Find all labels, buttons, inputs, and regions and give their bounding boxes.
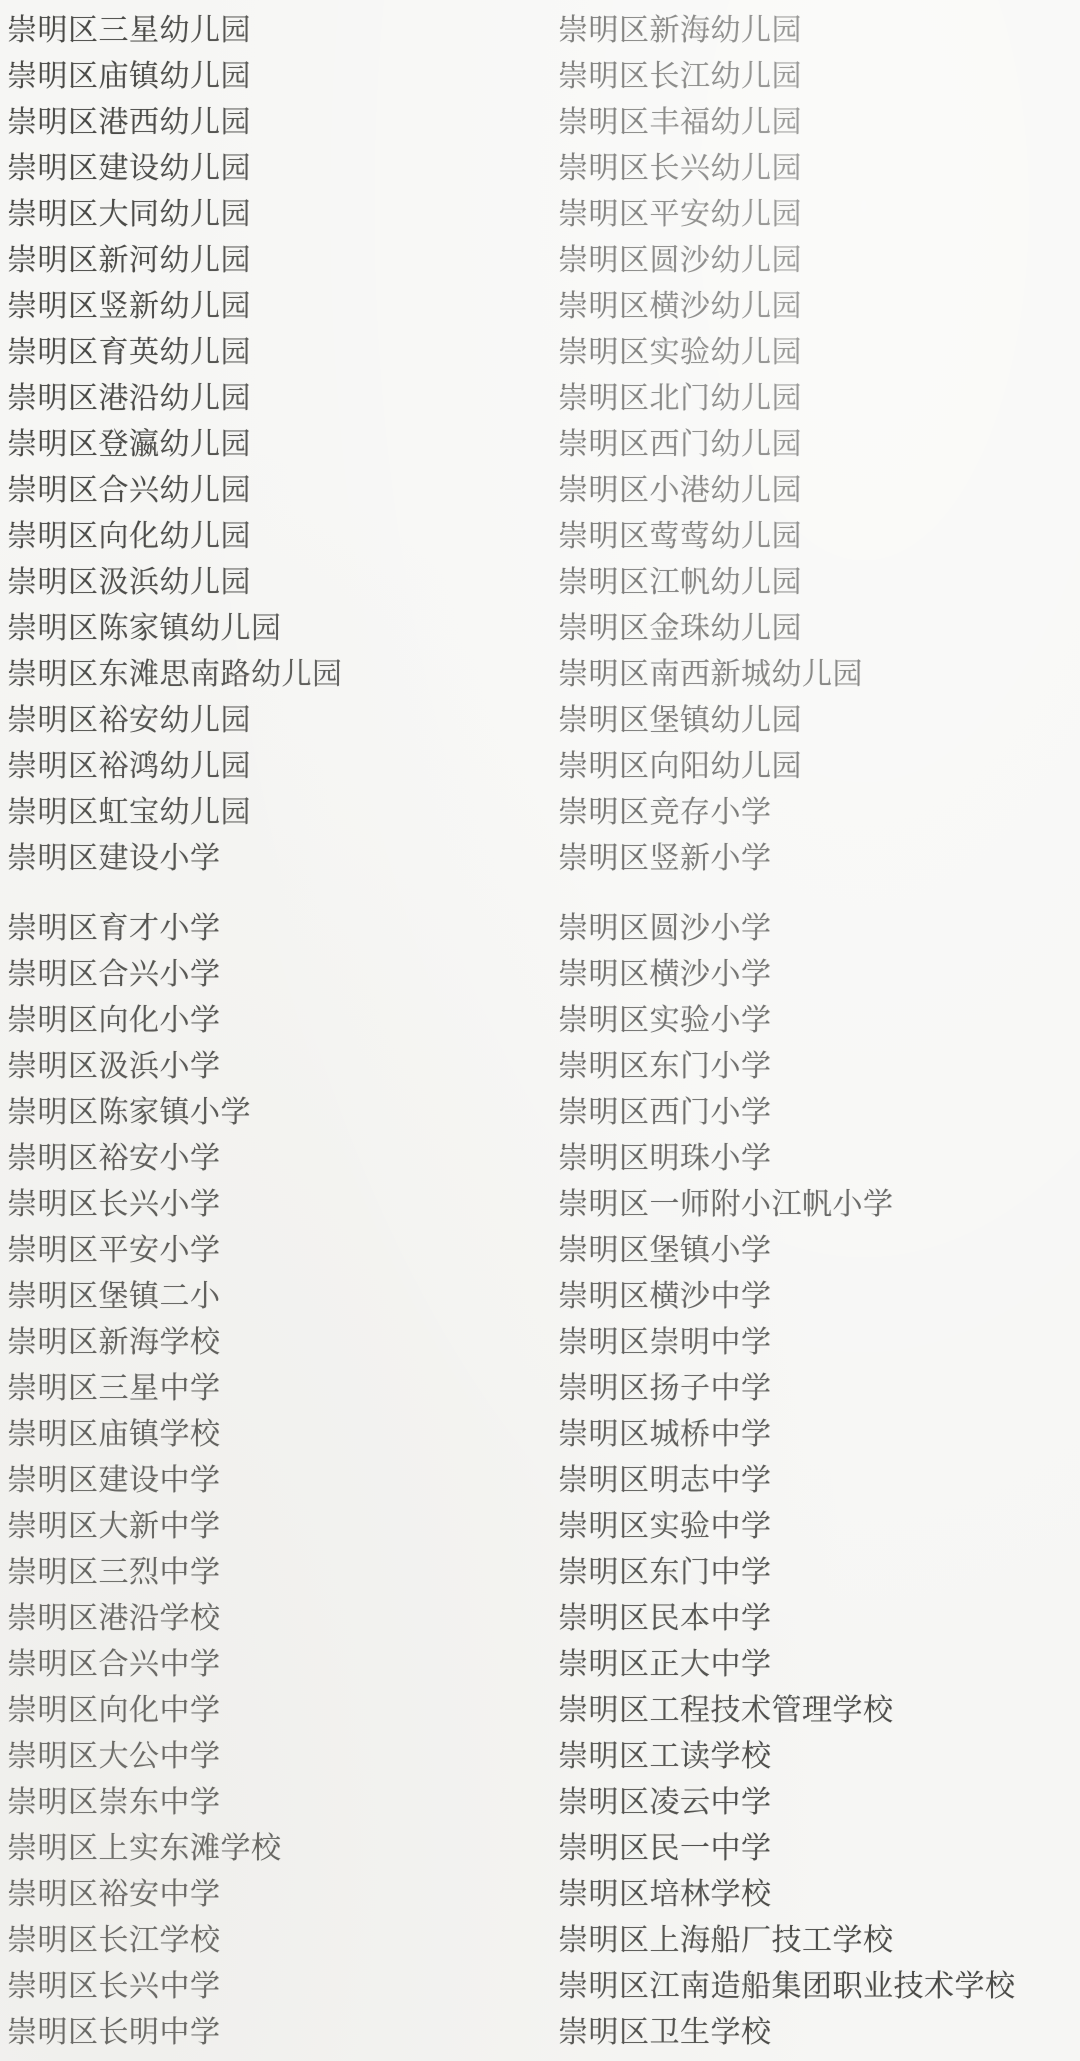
school-name: 崇明区正大中学: [558, 1642, 1016, 1688]
school-name: 崇明区三星幼儿园: [7, 8, 343, 54]
school-name: 崇明区竞存小学: [558, 790, 1016, 836]
school-name: 崇明区港沿幼儿园: [7, 376, 343, 422]
school-name: 崇明区向化小学: [7, 998, 343, 1044]
school-name: 崇明区长江学校: [7, 1918, 343, 1964]
school-name: 崇明区合兴中学: [7, 1642, 343, 1688]
school-name: 崇明区建设小学: [7, 836, 343, 882]
school-name: 崇明区裕安小学: [7, 1136, 343, 1182]
school-name: 崇明区育英幼儿园: [7, 330, 343, 376]
right-column-primary-secondary-section: 崇明区圆沙小学崇明区横沙小学崇明区实验小学崇明区东门小学崇明区西门小学崇明区明珠…: [558, 906, 1016, 2056]
school-name: 崇明区北门幼儿园: [558, 376, 1016, 422]
school-name: 崇明区上海船厂技工学校: [558, 1918, 1016, 1964]
school-list-right-column: 崇明区新海幼儿园崇明区长江幼儿园崇明区丰福幼儿园崇明区长兴幼儿园崇明区平安幼儿园…: [558, 8, 1016, 2056]
school-name: 崇明区横沙幼儿园: [558, 284, 1016, 330]
school-name: 崇明区工程技术管理学校: [558, 1688, 1016, 1734]
school-name: 崇明区平安幼儿园: [558, 192, 1016, 238]
school-name: 崇明区金珠幼儿园: [558, 606, 1016, 652]
school-name: 崇明区南西新城幼儿园: [558, 652, 1016, 698]
school-name: 崇明区虹宝幼儿园: [7, 790, 343, 836]
school-name: 崇明区东门小学: [558, 1044, 1016, 1090]
school-name: 崇明区竖新小学: [558, 836, 1016, 882]
left-column-kindergarten-primary-section: 崇明区三星幼儿园崇明区庙镇幼儿园崇明区港西幼儿园崇明区建设幼儿园崇明区大同幼儿园…: [7, 8, 343, 882]
school-name: 崇明区裕安幼儿园: [7, 698, 343, 744]
school-name: 崇明区崇明中学: [558, 1320, 1016, 1366]
school-name: 崇明区合兴幼儿园: [7, 468, 343, 514]
school-name: 崇明区港西幼儿园: [7, 100, 343, 146]
school-name: 崇明区登瀛幼儿园: [7, 422, 343, 468]
school-name: 崇明区崇东中学: [7, 1780, 343, 1826]
school-name: 崇明区西门小学: [558, 1090, 1016, 1136]
school-name: 崇明区向化中学: [7, 1688, 343, 1734]
school-name: 崇明区向阳幼儿园: [558, 744, 1016, 790]
school-name: 崇明区东滩思南路幼儿园: [7, 652, 343, 698]
school-list-left-column: 崇明区三星幼儿园崇明区庙镇幼儿园崇明区港西幼儿园崇明区建设幼儿园崇明区大同幼儿园…: [7, 8, 343, 2056]
school-name: 崇明区建设幼儿园: [7, 146, 343, 192]
school-name: 崇明区三烈中学: [7, 1550, 343, 1596]
school-name: 崇明区圆沙幼儿园: [558, 238, 1016, 284]
school-name: 崇明区庙镇幼儿园: [7, 54, 343, 100]
school-name: 崇明区新河幼儿园: [7, 238, 343, 284]
school-name: 崇明区长明中学: [7, 2010, 343, 2056]
school-name: 崇明区合兴小学: [7, 952, 343, 998]
school-name: 崇明区实验幼儿园: [558, 330, 1016, 376]
school-name: 崇明区明志中学: [558, 1458, 1016, 1504]
school-name: 崇明区汲浜小学: [7, 1044, 343, 1090]
school-name: 崇明区莺莺幼儿园: [558, 514, 1016, 560]
school-name: 崇明区横沙中学: [558, 1274, 1016, 1320]
school-name: 崇明区明珠小学: [558, 1136, 1016, 1182]
school-name: 崇明区育才小学: [7, 906, 343, 952]
school-name: 崇明区扬子中学: [558, 1366, 1016, 1412]
school-name: 崇明区民一中学: [558, 1826, 1016, 1872]
scanned-school-list-page: 崇明区三星幼儿园崇明区庙镇幼儿园崇明区港西幼儿园崇明区建设幼儿园崇明区大同幼儿园…: [0, 0, 1080, 2061]
school-name: 崇明区实验小学: [558, 998, 1016, 1044]
school-name: 崇明区长兴幼儿园: [558, 146, 1016, 192]
school-name: 崇明区裕鸿幼儿园: [7, 744, 343, 790]
school-name: 崇明区工读学校: [558, 1734, 1016, 1780]
school-name: 崇明区凌云中学: [558, 1780, 1016, 1826]
school-name: 崇明区东门中学: [558, 1550, 1016, 1596]
school-name: 崇明区港沿学校: [7, 1596, 343, 1642]
school-name: 崇明区堡镇幼儿园: [558, 698, 1016, 744]
school-name: 崇明区培林学校: [558, 1872, 1016, 1918]
school-name: 崇明区圆沙小学: [558, 906, 1016, 952]
school-name: 崇明区庙镇学校: [7, 1412, 343, 1458]
school-name: 崇明区西门幼儿园: [558, 422, 1016, 468]
school-name: 崇明区横沙小学: [558, 952, 1016, 998]
school-name: 崇明区实验中学: [558, 1504, 1016, 1550]
school-name: 崇明区堡镇二小: [7, 1274, 343, 1320]
left-column-primary-secondary-section: 崇明区育才小学崇明区合兴小学崇明区向化小学崇明区汲浜小学崇明区陈家镇小学崇明区裕…: [7, 906, 343, 2056]
school-name: 崇明区三星中学: [7, 1366, 343, 1412]
school-name: 崇明区江帆幼儿园: [558, 560, 1016, 606]
school-name: 崇明区一师附小江帆小学: [558, 1182, 1016, 1228]
school-name: 崇明区裕安中学: [7, 1872, 343, 1918]
school-name: 崇明区陈家镇小学: [7, 1090, 343, 1136]
school-name: 崇明区堡镇小学: [558, 1228, 1016, 1274]
school-name: 崇明区丰福幼儿园: [558, 100, 1016, 146]
school-name: 崇明区建设中学: [7, 1458, 343, 1504]
right-column-kindergarten-primary-section: 崇明区新海幼儿园崇明区长江幼儿园崇明区丰福幼儿园崇明区长兴幼儿园崇明区平安幼儿园…: [558, 8, 1016, 882]
school-name: 崇明区竖新幼儿园: [7, 284, 343, 330]
school-name: 崇明区新海幼儿园: [558, 8, 1016, 54]
school-name: 崇明区长兴小学: [7, 1182, 343, 1228]
school-name: 崇明区小港幼儿园: [558, 468, 1016, 514]
school-name: 崇明区陈家镇幼儿园: [7, 606, 343, 652]
school-name: 崇明区大公中学: [7, 1734, 343, 1780]
school-name: 崇明区长江幼儿园: [558, 54, 1016, 100]
school-name: 崇明区城桥中学: [558, 1412, 1016, 1458]
school-name: 崇明区上实东滩学校: [7, 1826, 343, 1872]
school-name: 崇明区汲浜幼儿园: [7, 560, 343, 606]
school-name: 崇明区卫生学校: [558, 2010, 1016, 2056]
school-name: 崇明区江南造船集团职业技术学校: [558, 1964, 1016, 2010]
school-name: 崇明区大新中学: [7, 1504, 343, 1550]
school-name: 崇明区民本中学: [558, 1596, 1016, 1642]
school-name: 崇明区大同幼儿园: [7, 192, 343, 238]
school-name: 崇明区平安小学: [7, 1228, 343, 1274]
school-name: 崇明区长兴中学: [7, 1964, 343, 2010]
school-name: 崇明区向化幼儿园: [7, 514, 343, 560]
school-name: 崇明区新海学校: [7, 1320, 343, 1366]
